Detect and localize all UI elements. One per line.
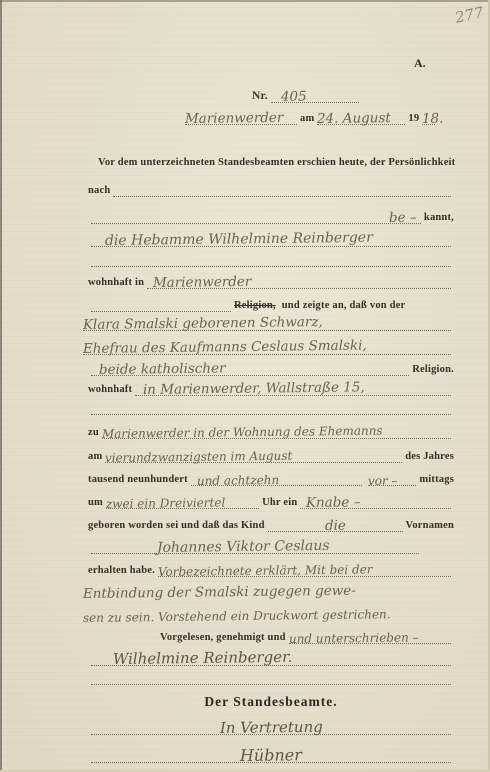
child-names-handwritten: Johannes Viktor Ceslaus — [157, 538, 330, 556]
note1-fill: Vorbezeichnete erklärt, Mit bei der — [158, 557, 451, 577]
birthday-fill: vierundzwanzigsten im August — [105, 443, 402, 463]
birthplace-handwritten: Marienwerder in der Wohnung des Ehemanns — [102, 424, 383, 441]
residence2-row: wohnhaft in Marienwerder, Wallstraße 15, — [88, 377, 454, 396]
birthday-handwritten: vierundzwanzigsten im August — [105, 449, 293, 465]
record-number-row: Nr. 405 — [252, 84, 362, 103]
nr-label: Nr. — [252, 90, 268, 103]
form-letter-a: A. — [414, 56, 426, 71]
religion2-row: beide katholischer Religion. — [88, 357, 454, 376]
nr-fill: 405 — [271, 83, 359, 103]
declarant-signature-fill: Wilhelmine Reinberger. — [91, 646, 451, 666]
residence1-fill: Marienwerder — [147, 269, 451, 289]
archive-number-pencil: 277 — [453, 3, 485, 27]
erhalten-label: erhalten habe. — [88, 565, 155, 577]
time-label: um — [88, 497, 103, 509]
blank-rule-2 — [88, 400, 454, 415]
intro-row: Vor dem unterzeichneten Standesbeamten e… — [98, 150, 454, 169]
meridiem-handwritten: vor – — [368, 474, 398, 488]
bekannt-row: be – kannt, — [88, 205, 454, 224]
scan-edge-left — [0, 0, 2, 772]
article-handwritten: die — [324, 518, 345, 534]
declarant-fill: die Hebamme Wilhelmine Reinberger — [91, 227, 451, 247]
declarant-row: die Hebamme Wilhelmine Reinberger — [88, 228, 454, 247]
blank-fill-1 — [91, 251, 451, 267]
birthplace-row: zu Marienwerder in der Wohnung des Ehema… — [88, 420, 454, 439]
bekannt-label: kannt, — [424, 212, 454, 224]
scan-edge-top — [0, 0, 490, 2]
time-fill: zwei ein Dreiviertel — [106, 489, 259, 509]
born-row: geboren worden sei und daß das Kind die … — [88, 513, 454, 532]
nr-value-handwritten: 405 — [281, 89, 307, 105]
bekannt-handwritten: be – — [389, 210, 417, 226]
note3-fill: sen zu sein. Vorstehend ein Druckwort ge… — [83, 603, 451, 622]
birthplace-label: zu — [88, 427, 99, 439]
registrar-signature-handwritten: Hübner — [240, 745, 302, 765]
closing-fill: und unterschrieben – — [289, 624, 451, 644]
dateline-am-label: am — [300, 113, 314, 125]
bekannt-fill: be – — [91, 204, 421, 224]
nach-fill — [113, 177, 451, 197]
religion2-fill: beide katholischer — [91, 356, 409, 376]
religion1-fill — [91, 292, 231, 312]
dateline-place-fill: Marienwerder — [185, 105, 297, 125]
religion2-label: Religion. — [412, 364, 454, 376]
registrar-signature-row: Hübner — [88, 744, 454, 763]
mother-fill-2: Ehefrau des Kaufmanns Ceslaus Smalski, — [83, 335, 451, 355]
blank-fill-3 — [91, 669, 451, 685]
declarant-handwritten: die Hebamme Wilhelmine Reinberger — [105, 230, 373, 249]
year-label: tausend neunhundert — [88, 474, 188, 486]
dateline-row: Marienwerder am 24. August 19 18. — [182, 106, 438, 125]
intro-line: Vor dem unterzeichneten Standesbeamten e… — [98, 157, 455, 169]
dateline-year-printed: 19 — [408, 113, 419, 125]
year-row: tausend neunhundert und achtzehn vor – m… — [88, 467, 454, 486]
mother-line1-handwritten: Klara Smalski geborenen Schwarz, — [83, 314, 323, 333]
time-handwritten: zwei ein Dreiviertel — [106, 496, 226, 511]
residence2-label: wohnhaft — [88, 384, 132, 396]
blank-rule-3 — [88, 670, 454, 685]
nach-label: nach — [88, 185, 110, 197]
sex-fill: Knabe – — [300, 489, 451, 509]
scanned-birth-record-page: 277 A. Nr. 405 Marienwerder am 24. Augus… — [0, 0, 490, 772]
closing-handwritten: und unterschrieben – — [289, 630, 419, 646]
mother-line2-handwritten: Ehefrau des Kaufmanns Ceslaus Smalski, — [83, 338, 367, 357]
vornamen-label: Vornamen — [406, 520, 454, 532]
religion1-row: Religion, und zeigte an, daß von der — [88, 293, 454, 312]
residence1-handwritten: Marienwerder — [153, 274, 252, 291]
mother-fill-1: Klara Smalski geborenen Schwarz, — [83, 311, 451, 331]
mittags-label: mittags — [419, 474, 454, 486]
deputy-handwritten: In Vertretung — [219, 718, 322, 737]
article-fill: die — [268, 512, 403, 532]
deputy-fill: In Vertretung — [91, 715, 451, 735]
blank-fill-2 — [91, 399, 451, 415]
birthplace-fill: Marienwerder in der Wohnung des Ehemanns — [102, 419, 451, 439]
closing-label: Vorgelesen, genehmigt und — [160, 632, 286, 644]
birthday-row: am vierundzwanzigsten im August des Jahr… — [88, 444, 454, 463]
note-handwritten-2: Entbindung der Smalski zugegen gewe- — [83, 583, 356, 602]
year-fill: und achtzehn — [191, 466, 363, 486]
note-row-3: sen zu sein. Vorstehend ein Druckwort ge… — [80, 603, 454, 622]
dateline-year-fill: 18. — [422, 105, 435, 125]
note-row-2: Entbindung der Smalski zugegen gewe- — [80, 580, 454, 599]
note-handwritten-3: sen zu sein. Vorstehend ein Druckwort ge… — [83, 607, 391, 625]
uhr-label: Uhr ein — [262, 497, 297, 509]
dateline-year-handwritten: 18. — [422, 111, 444, 127]
blank-rule-1 — [88, 252, 454, 267]
declarant-signature-row: Wilhelmine Reinberger. — [88, 647, 454, 666]
registrar-heading: Der Standesbeamte. — [88, 694, 454, 710]
declarant-signature-handwritten: Wilhelmine Reinberger. — [113, 648, 293, 668]
registrar-signature-fill: Hübner — [91, 743, 451, 763]
note-handwritten-1: Vorbezeichnete erklärt, Mit bei der — [158, 562, 373, 579]
residence2-fill: in Marienwerder, Wallstraße 15, — [135, 376, 451, 396]
erhalten-row: erhalten habe. Vorbezeichnete erklärt, M… — [88, 558, 454, 577]
names-row: Johannes Viktor Ceslaus — [88, 535, 422, 554]
born-label: geboren worden sei und daß das Kind — [88, 520, 265, 532]
dateline-place-handwritten: Marienwerder — [185, 110, 284, 127]
closing-row: Vorgelesen, genehmigt und und unterschri… — [160, 625, 454, 644]
dateline-date-fill: 24. August — [317, 105, 405, 125]
names-fill: Johannes Viktor Ceslaus — [91, 534, 419, 554]
meridiem-fill: vor – — [368, 466, 416, 486]
residence1-row: wohnhaft in Marienwerder — [88, 270, 454, 289]
note2-fill: Entbindung der Smalski zugegen gewe- — [83, 580, 451, 599]
residence1-label: wohnhaft in — [88, 277, 144, 289]
time-row: um zwei ein Dreiviertel Uhr ein Knabe – — [88, 490, 454, 509]
deputy-row: In Vertretung — [88, 716, 454, 735]
dateline-date-handwritten: 24. August — [317, 110, 391, 127]
nach-row: nach — [88, 178, 454, 197]
year-handwritten: und achtzehn — [197, 473, 279, 488]
birthday-label: am — [88, 451, 102, 463]
sex-handwritten: Knabe – — [306, 494, 361, 511]
jahres-label: des Jahres — [405, 451, 454, 463]
mother-row-1: Klara Smalski geborenen Schwarz, — [80, 312, 454, 331]
mother-row-2: Ehefrau des Kaufmanns Ceslaus Smalski, — [80, 336, 454, 355]
residence2-handwritten: in Marienwerder, Wallstraße 15, — [143, 379, 365, 398]
